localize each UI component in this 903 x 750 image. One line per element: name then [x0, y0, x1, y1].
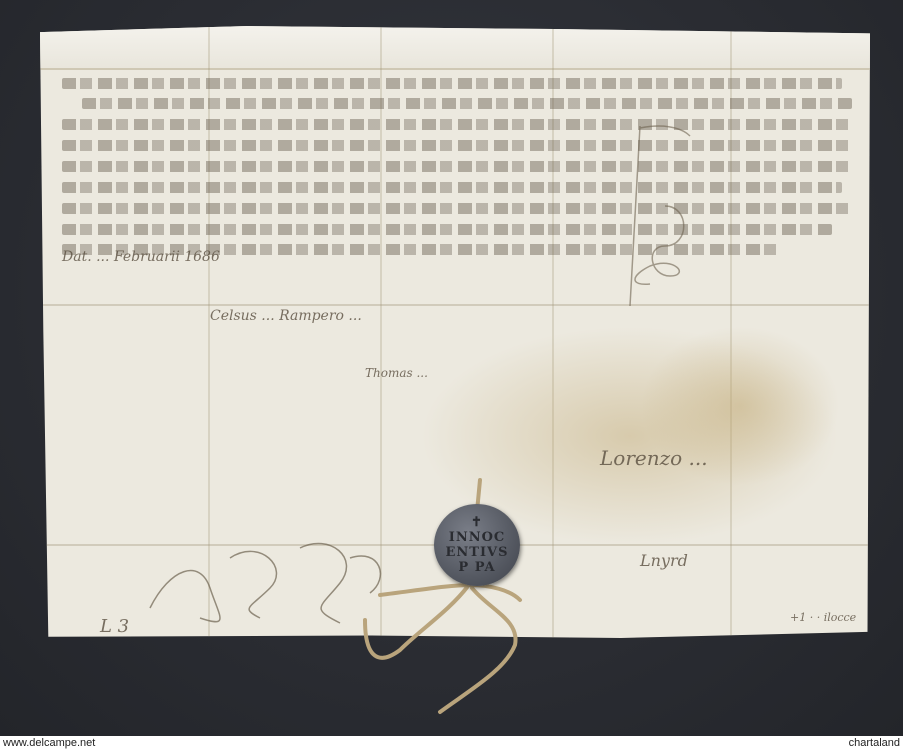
lead-bulla-seal: ✝ INNOC ENTIVS P PA	[434, 504, 520, 586]
watermark-bar: www.delcampe.net chartaland	[0, 736, 903, 750]
seal-cross: ✝	[471, 515, 483, 530]
source-link[interactable]: www.delcampe.net	[3, 736, 95, 750]
seal-line: INNOC	[449, 530, 506, 545]
hemp-cord	[0, 0, 903, 750]
seller-name: chartaland	[849, 736, 900, 750]
seal-line: ENTIVS	[445, 545, 508, 560]
seal-line: P PA	[458, 560, 495, 575]
